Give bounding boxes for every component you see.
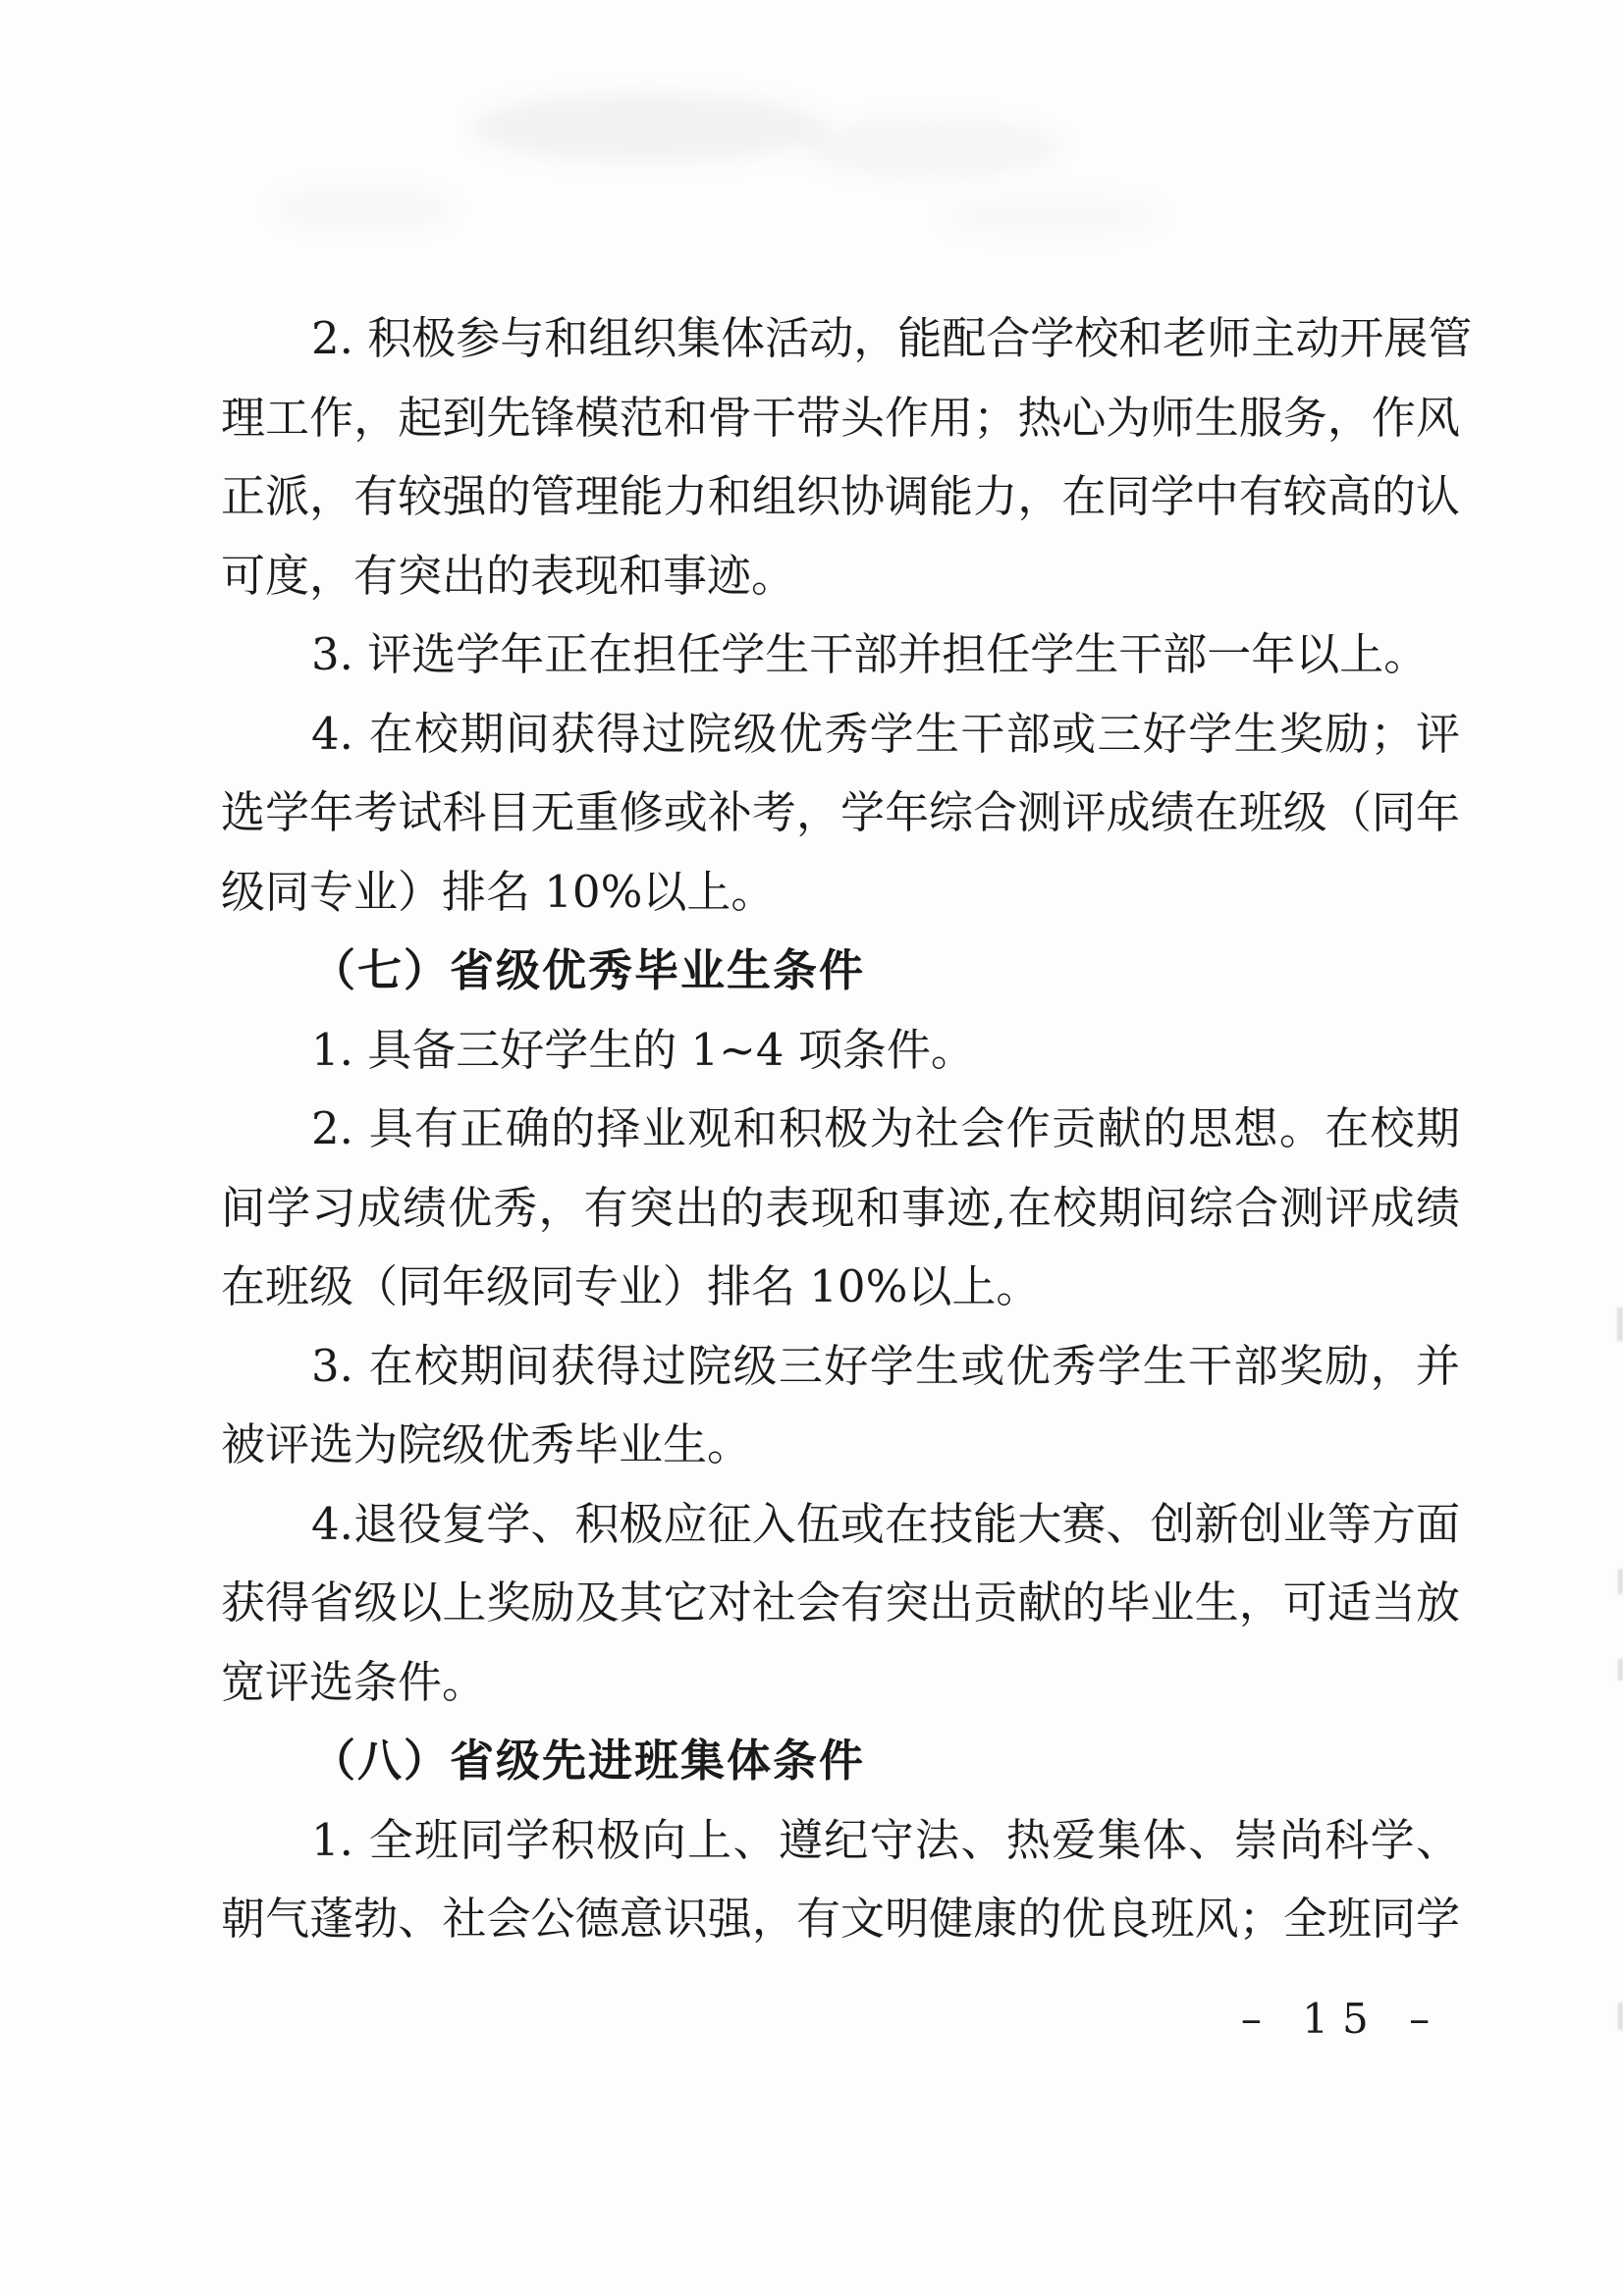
text-line: 4.退役复学、积极应征入伍或在技能大赛、创新创业等方面: [221, 1485, 1460, 1565]
text-line: 1. 全班同学积极向上、遵纪守法、热爱集体、崇尚科学、: [221, 1801, 1460, 1881]
paragraph: 1. 全班同学积极向上、遵纪守法、热爱集体、崇尚科学、朝气蓬勃、社会公德意识强，…: [221, 1801, 1460, 1959]
scan-edge-mark: [1618, 2002, 1623, 2030]
section-heading: （七）省级优秀毕业生条件: [221, 932, 1460, 1011]
text-line: （七）省级优秀毕业生条件: [221, 932, 1460, 1011]
scan-edge-mark: [1617, 1308, 1623, 1341]
paragraph: 2. 具有正确的择业观和积极为社会作贡献的思想。在校期间学习成绩优秀，有突出的表…: [221, 1090, 1460, 1327]
text-line: 间学习成绩优秀，有突出的表现和事迹,在校期间综合测评成绩: [221, 1169, 1460, 1249]
paragraph: 3. 在校期间获得过院级三好学生或优秀学生干部奖励，并被评选为院级优秀毕业生。: [221, 1327, 1460, 1485]
text-line: 理工作，起到先锋模范和骨干带头作用；热心为师生服务，作风: [221, 379, 1460, 458]
paragraph: 4.退役复学、积极应征入伍或在技能大赛、创新创业等方面获得省级以上奖励及其它对社…: [221, 1485, 1460, 1723]
page-number: – 15 –: [1239, 1995, 1445, 2043]
text-line: 级同专业）排名 10%以上。: [221, 853, 1460, 933]
text-line: 2. 积极参与和组织集体活动，能配合学校和老师主动开展管: [221, 299, 1460, 379]
text-line: 3. 在校期间获得过院级三好学生或优秀学生干部奖励，并: [221, 1327, 1460, 1407]
scan-smudge: [471, 93, 825, 162]
text-line: 正派，有较强的管理能力和组织协调能力，在同学中有较高的认: [221, 457, 1460, 537]
text-line: 获得省级以上奖励及其它对社会有突出贡献的毕业生，可适当放: [221, 1564, 1460, 1643]
text-line: 朝气蓬勃、社会公德意识强，有文明健康的优良班风；全班同学: [221, 1880, 1460, 1959]
text-line: 4. 在校期间获得过院级优秀学生干部或三好学生奖励；评: [221, 695, 1460, 774]
text-line: 宽评选条件。: [221, 1643, 1460, 1723]
text-line: 3. 评选学年正在担任学生干部并担任学生干部一年以上。: [221, 615, 1460, 695]
text-line: （八）省级先进班集体条件: [221, 1722, 1460, 1801]
text-line: 2. 具有正确的择业观和积极为社会作贡献的思想。在校期: [221, 1090, 1460, 1169]
text-line: 在班级（同年级同专业）排名 10%以上。: [221, 1248, 1460, 1327]
paragraph: 4. 在校期间获得过院级优秀学生干部或三好学生奖励；评选学年考试科目无重修或补考…: [221, 695, 1460, 933]
text-line: 选学年考试科目无重修或补考，学年综合测评成绩在班级（同年: [221, 774, 1460, 853]
text-line: 1. 具备三好学生的 1~4 项条件。: [221, 1011, 1460, 1091]
document-page: 2. 积极参与和组织集体活动，能配合学校和老师主动开展管理工作，起到先锋模范和骨…: [0, 0, 1623, 2296]
scan-smudge: [943, 196, 1159, 236]
document-body: 2. 积极参与和组织集体活动，能配合学校和老师主动开展管理工作，起到先锋模范和骨…: [221, 299, 1460, 1959]
paragraph: 1. 具备三好学生的 1~4 项条件。: [221, 1011, 1460, 1091]
scan-smudge: [805, 118, 1060, 177]
scan-edge-mark: [1618, 1569, 1623, 1594]
text-line: 被评选为院级优秀毕业生。: [221, 1406, 1460, 1485]
text-line: 可度，有突出的表现和事迹。: [221, 537, 1460, 616]
paragraph: 2. 积极参与和组织集体活动，能配合学校和老师主动开展管理工作，起到先锋模范和骨…: [221, 299, 1460, 615]
scan-smudge: [275, 187, 452, 231]
paragraph: 3. 评选学年正在担任学生干部并担任学生干部一年以上。: [221, 615, 1460, 695]
section-heading: （八）省级先进班集体条件: [221, 1722, 1460, 1801]
scan-edge-mark: [1618, 1659, 1623, 1681]
